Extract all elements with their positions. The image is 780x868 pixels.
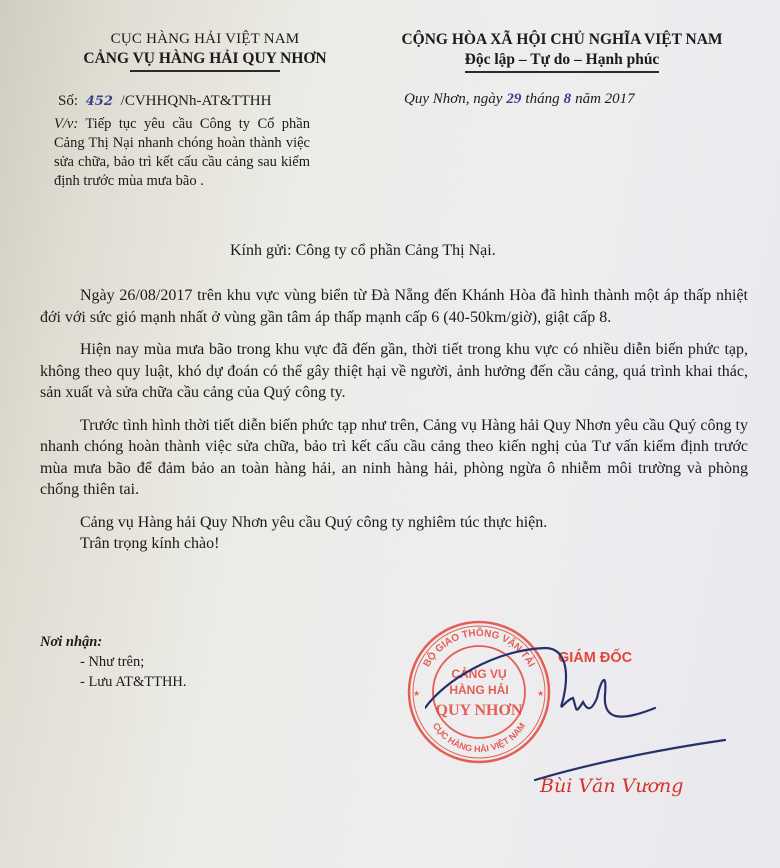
subject-block: V/v: Tiếp tục yêu cầu Công ty Cổ phần Cả… xyxy=(54,115,310,191)
body-paragraph: Hiện nay mùa mưa bão trong khu vực đã đế… xyxy=(40,339,748,404)
recipients-block: Nơi nhận: - Như trên; - Lưu AT&TTHH. xyxy=(40,632,187,692)
motto-underline xyxy=(465,71,660,73)
date-line: Quy Nhơn, ngày29tháng8năm 2017 xyxy=(404,91,635,108)
closing-greeting: Trân trọng kính chào! xyxy=(40,533,748,555)
letter-body: Ngày 26/08/2017 trên khu vực vùng biển t… xyxy=(40,285,748,555)
date-place: Quy Nhơn, ngày xyxy=(404,91,502,107)
agency-name: CỤC HÀNG HẢI VIỆT NAM xyxy=(40,30,370,49)
official-letter: CỤC HÀNG HẢI VIỆT NAM CẢNG VỤ HÀNG HẢI Q… xyxy=(0,0,780,868)
subject-label: V/v: xyxy=(54,116,78,132)
body-paragraph: Trước tình hình thời tiết diễn biến phức… xyxy=(40,415,748,501)
number-label: Số: xyxy=(58,93,78,109)
svg-text:★: ★ xyxy=(413,689,420,698)
body-paragraph: Ngày 26/08/2017 trên khu vực vùng biển t… xyxy=(40,285,748,328)
month-label: tháng xyxy=(525,91,559,107)
office-underline xyxy=(130,70,281,72)
body-paragraph: Cảng vụ Hàng hải Quy Nhơn yêu cầu Quý cô… xyxy=(40,512,748,534)
recipients-title: Nơi nhận xyxy=(40,634,97,650)
national-motto: Độc lập – Tự do – Hạnh phúc xyxy=(465,50,660,70)
addressee: Kính gửi: Công ty cổ phần Cảng Thị Nại. xyxy=(230,242,496,260)
recipient-item: - Lưu AT&TTHH. xyxy=(40,672,187,692)
issuing-agency-header: CỤC HÀNG HẢI VIỆT NAM CẢNG VỤ HÀNG HẢI Q… xyxy=(40,30,370,72)
handwritten-number: 452 xyxy=(86,94,113,109)
handwritten-day: 29 xyxy=(506,91,521,107)
handwritten-month: 8 xyxy=(564,91,572,107)
handwritten-signature-icon xyxy=(425,640,735,785)
document-number: Số: 452 /CVHHQNh-AT&TTHH xyxy=(58,93,271,110)
recipient-item: - Như trên; xyxy=(40,652,187,672)
national-header: CỘNG HÒA XÃ HỘI CHỦ NGHĨA VIỆT NAM Độc l… xyxy=(352,30,772,73)
nation-title: CỘNG HÒA XÃ HỘI CHỦ NGHĨA VIỆT NAM xyxy=(352,30,772,50)
signer-name: Bùi Văn Vương xyxy=(540,775,683,797)
year-text: năm 2017 xyxy=(575,91,635,107)
office-name: CẢNG VỤ HÀNG HẢI QUY NHƠN xyxy=(83,49,326,69)
number-code: /CVHHQNh-AT&TTHH xyxy=(121,93,272,109)
subject-text: Tiếp tục yêu cầu Công ty Cổ phần Cảng Th… xyxy=(54,116,310,189)
